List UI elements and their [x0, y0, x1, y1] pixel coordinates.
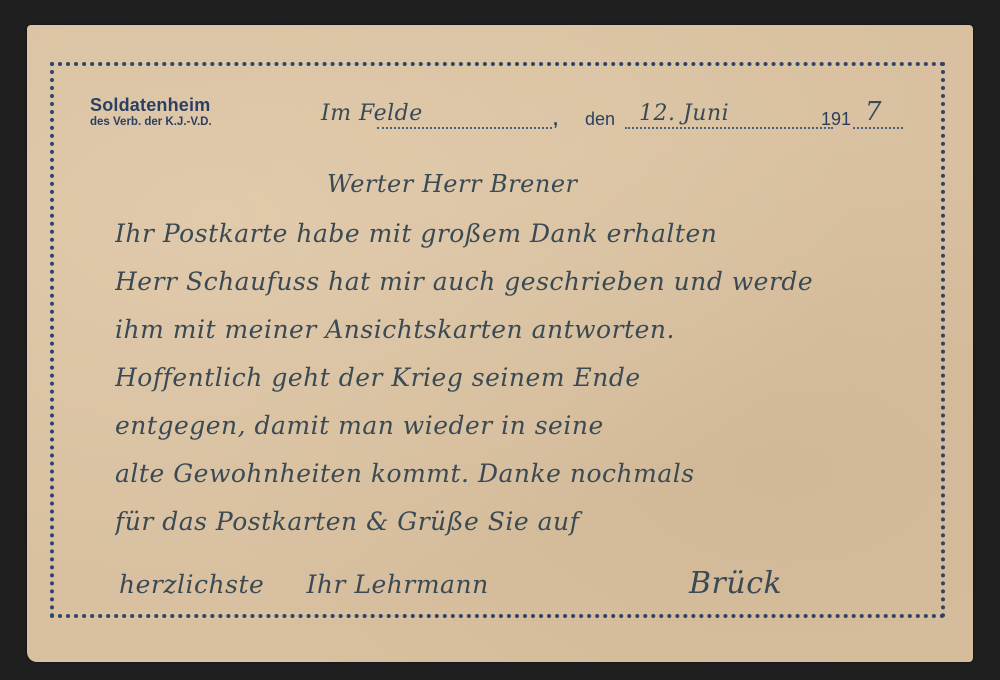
closing-line: herzlichste Ihr Lehrmann — [119, 570, 489, 599]
place-handwritten: Im Felde — [321, 101, 423, 126]
date-dotted-line — [625, 127, 833, 129]
body-line: alte Gewohnheiten kommt. Danke nochmals — [115, 450, 975, 498]
body-line: entgegen, damit man wieder in seine — [115, 402, 975, 450]
letterhead-title: Soldatenheim — [90, 95, 212, 115]
body-line: Herr Schaufuss hat mir auch geschrieben … — [115, 258, 975, 306]
body-line: ihm mit meiner Ansichtskarten antworten. — [115, 306, 975, 354]
year-dotted-line — [853, 127, 903, 129]
dateline-comma: , — [553, 109, 558, 130]
body-line: für das Postkarten & Grüße Sie auf — [115, 498, 975, 546]
closing-herzlichste: herzlichste — [119, 570, 264, 599]
signature: Brück — [689, 566, 782, 601]
year-printed-prefix: 191 — [821, 109, 851, 130]
den-label: den — [585, 109, 615, 130]
letterhead-subtitle: des Verb. der K.J.-V.D. — [90, 115, 212, 129]
year-handwritten-digit: 7 — [865, 97, 882, 127]
dateline: Im Felde , den 12. Juni 191 7 — [317, 103, 897, 133]
salutation: Werter Herr Brener — [327, 170, 578, 198]
closing: herzlichste Ihr Lehrmann Brück — [119, 570, 939, 615]
letter-body: Ihr Postkarte habe mit großem Dank erhal… — [115, 210, 975, 546]
day-month-handwritten: 12. Juni — [639, 101, 729, 126]
postcard: Soldatenheim des Verb. der K.J.-V.D. Im … — [27, 25, 973, 662]
place-dotted-line — [377, 127, 552, 129]
body-line: Ihr Postkarte habe mit großem Dank erhal… — [115, 210, 975, 258]
body-line: Hoffentlich geht der Krieg seinem Ende — [115, 354, 975, 402]
letterhead: Soldatenheim des Verb. der K.J.-V.D. — [90, 95, 212, 129]
sign-off: Ihr Lehrmann — [307, 570, 489, 599]
